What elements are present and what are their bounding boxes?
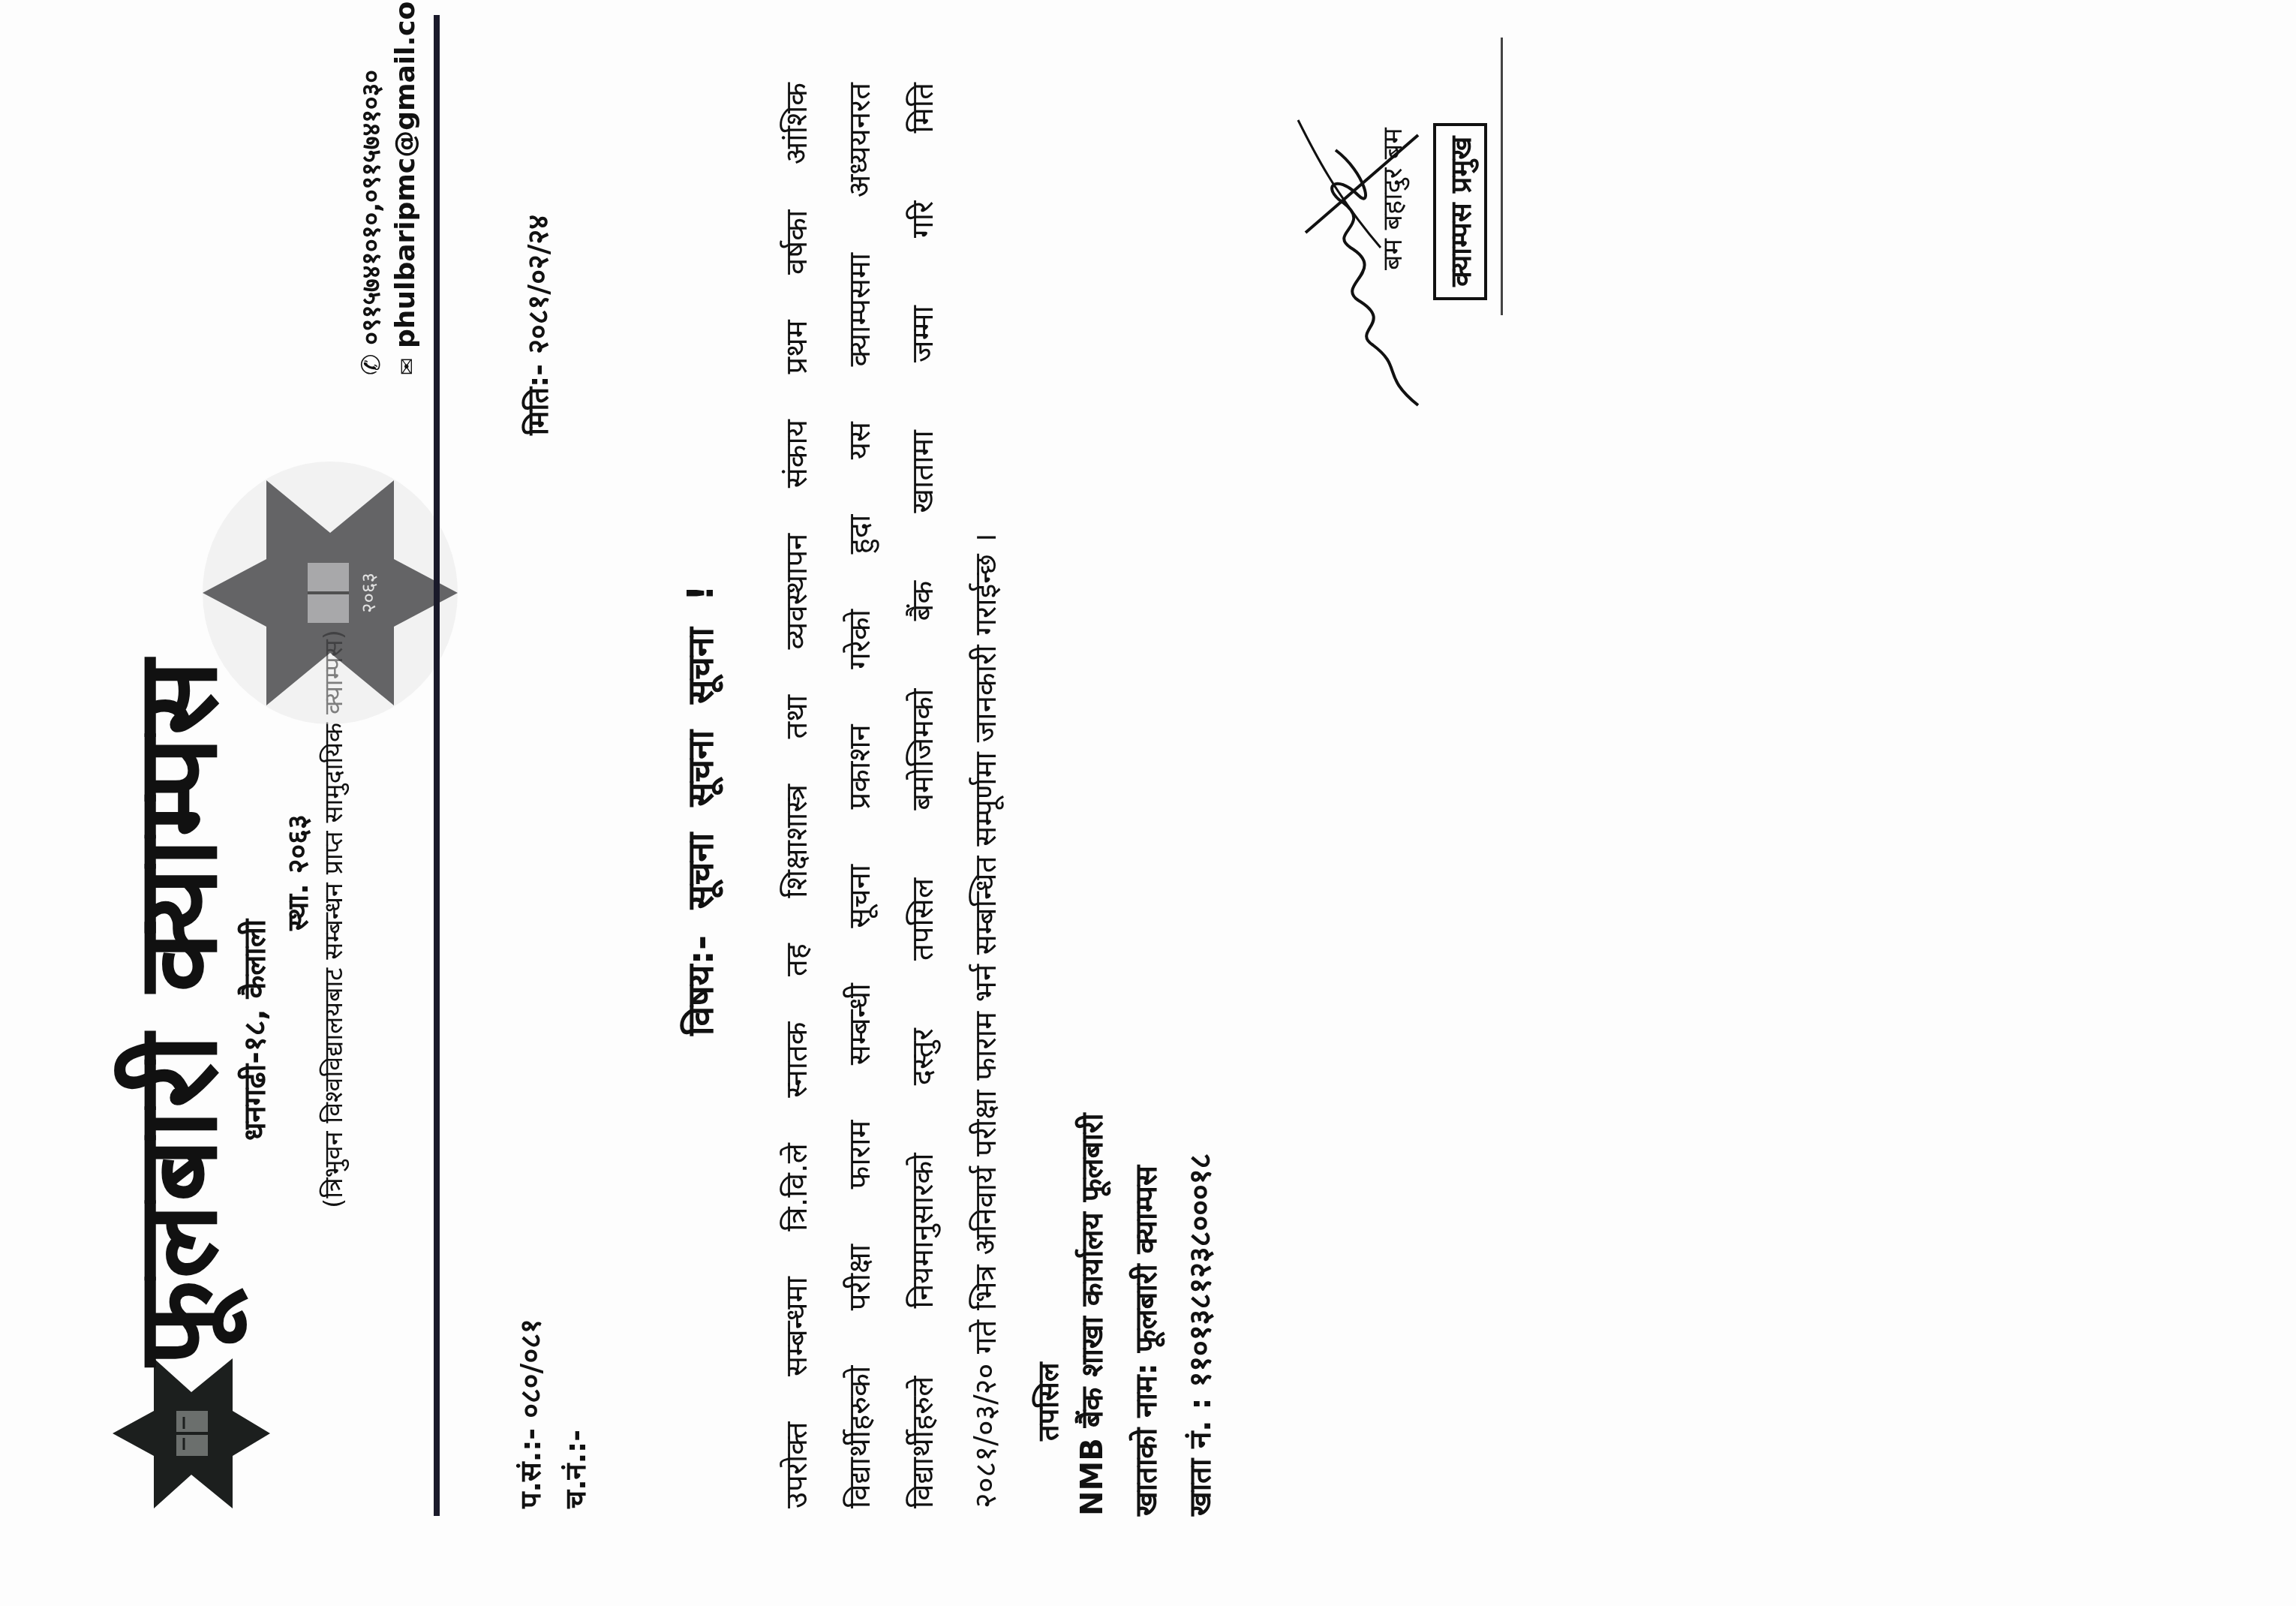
- bank-details: NMB बैंक शाखा कार्यालय फूलबारी खाताको ना…: [1065, 1113, 1228, 1516]
- handwritten-signature-icon: [1291, 105, 1433, 420]
- email-address: phulbaripmc@gmail.com: [390, 0, 421, 348]
- letterhead-divider: [434, 15, 440, 1516]
- phone-icon: ✆: [356, 354, 386, 376]
- signatory-name: बम बहादुर बम: [1373, 128, 1410, 270]
- chalani-number: च.नं.:-: [555, 1430, 594, 1508]
- notice-letter: फूलबारी क्याम्पस धनगढी-१८, कैलाली स्था. …: [0, 0, 2296, 1606]
- tapsil-heading: तपसिल: [1028, 1362, 1067, 1441]
- campus-name: फूलबारी क्याम्पस: [98, 659, 248, 1366]
- letter-date: मिति:- २०८१/०२/२४: [518, 215, 557, 435]
- signatory-title: क्याम्पस प्रमुख: [1433, 123, 1487, 300]
- svg-text:२०६३: २०६३: [358, 573, 380, 613]
- email-line: ✉ phulbaripmc@gmail.com: [390, 0, 421, 375]
- star-book-logo-icon: [113, 1351, 270, 1516]
- bank-name: NMB बैंक शाखा कार्यालय फूलबारी: [1065, 1113, 1119, 1516]
- body-line: विद्यार्थीहरुले नियमानुसारको दस्तुर तपसि…: [891, 83, 954, 1508]
- established-year: स्था. २०६३: [278, 814, 317, 931]
- campus-address: धनगढी-१८, कैलाली: [233, 919, 274, 1141]
- envelope-icon: ✉: [395, 358, 419, 375]
- phone-line: ✆ ०९१५७४१०१०,०९१५७४१०३०: [353, 70, 387, 375]
- body-line: विद्यार्थीहरुको परीक्षा फाराम सम्बन्धी स…: [828, 83, 891, 1508]
- signature-underline: [1501, 38, 1503, 315]
- body-line: उपरोक्त सम्बन्धमा त्रि.वि.ले स्नातक तह श…: [765, 83, 828, 1508]
- patra-sankhya: प.सं.:- ०८०/०८१: [510, 1319, 549, 1508]
- account-number: खाता नं. : ११०१३८१२३८०००१८: [1174, 1113, 1228, 1516]
- phone-numbers: ०९१५७४१०१०,०९१५७४१०३०: [356, 70, 386, 345]
- notice-body: उपरोक्त सम्बन्धमा त्रि.वि.ले स्नातक तह श…: [765, 83, 1017, 1508]
- subject-line: विषय:- सूचना सूचना सूचना !: [675, 585, 724, 1036]
- body-line: २०८१/०३/२० गते भित्र अनिवार्य परीक्षा फा…: [954, 83, 1017, 1508]
- campus-seal-stamp: २०६३: [195, 450, 465, 735]
- account-name: खाताको नाम: फूलबारी क्याम्पस: [1119, 1113, 1174, 1516]
